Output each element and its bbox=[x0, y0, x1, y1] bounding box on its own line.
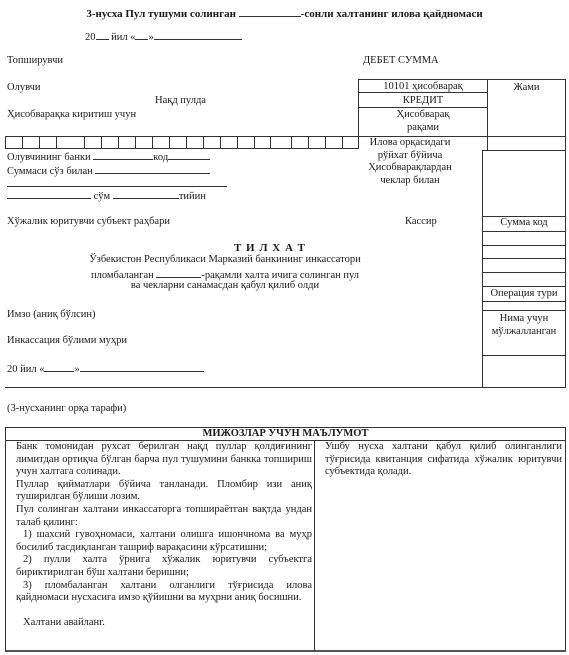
client-info-title: МИЖОЗЛАР УЧУН МАЪЛУМОТ bbox=[5, 427, 566, 440]
account-digit-cell[interactable] bbox=[325, 136, 343, 149]
purpose-line2: мўлжалланган bbox=[482, 325, 566, 338]
right-column-row-divider bbox=[482, 301, 566, 302]
signature-label: Имзо (аниқ бўлсин) bbox=[7, 309, 96, 320]
account-digit-cell[interactable] bbox=[308, 136, 326, 149]
client-info-paragraph: 1) шахсий гувоҳномаси, халтани олишга иш… bbox=[16, 529, 312, 554]
account-digit-cell[interactable] bbox=[237, 136, 255, 149]
client-info-paragraph bbox=[16, 605, 312, 618]
purpose-label: Нима учун мўлжалланган bbox=[482, 312, 566, 338]
account-digit-cell[interactable] bbox=[39, 136, 57, 149]
client-info-left-text: Банк томонидан рухсат берилган нақд пулл… bbox=[16, 441, 312, 630]
account-10101: 10101 ҳисобварақ bbox=[358, 80, 488, 93]
cash-label: Нақд пулда bbox=[155, 95, 206, 106]
client-info-right-text: Ушбу нусха халтани қабул қилиб олинганли… bbox=[325, 441, 562, 479]
date-year-prefix: 20 bbox=[85, 32, 96, 43]
tiyin-label: тийин bbox=[179, 191, 206, 202]
amount-words-label: Суммаси сўз билан bbox=[7, 166, 93, 177]
account-digit-cell[interactable] bbox=[220, 136, 238, 149]
receipt-date-row: 20 йил «» bbox=[7, 361, 204, 375]
purpose-line1: Нима учун bbox=[482, 312, 566, 325]
head-label: Хўжалик юритувчи субъект раҳбари bbox=[7, 216, 170, 227]
section-divider bbox=[5, 387, 566, 388]
account-digit-cell[interactable] bbox=[22, 136, 40, 149]
cashier-label: Кассир bbox=[405, 216, 437, 227]
amount-words-field[interactable] bbox=[95, 163, 210, 174]
list-by-appendix-label: Илова орқасидаги рўйхат бўйича Ҳисобвара… bbox=[345, 137, 475, 187]
title-prefix: 3-нусха Пул тушуми солинган bbox=[86, 8, 236, 20]
date-year-word: йил « bbox=[111, 32, 135, 43]
account-number-line2: рақами bbox=[358, 121, 488, 134]
receipt-line2: пломбаланган -рақамли халта ичига солинг… bbox=[40, 267, 410, 281]
recipient-label: Олувчи bbox=[7, 82, 41, 93]
date-day-blank[interactable] bbox=[135, 29, 148, 40]
account-digit-cell[interactable] bbox=[135, 136, 153, 149]
debit-sum-title: ДЕБЕТ СУММА bbox=[363, 55, 439, 66]
account-digit-cell[interactable] bbox=[118, 136, 136, 149]
account-digit-cell[interactable] bbox=[101, 136, 119, 149]
account-credit-label: Ҳисобварақка киритиш учун bbox=[7, 109, 136, 120]
account-digit-cell[interactable] bbox=[254, 136, 271, 149]
client-info-paragraph: 2) пулли халта ўрнига хўжалик юритувчи с… bbox=[16, 554, 312, 579]
account-number-line1: Ҳисобварақ bbox=[358, 108, 488, 121]
sealed-bag-number-field[interactable] bbox=[156, 267, 201, 278]
recipient-bank-field[interactable] bbox=[93, 149, 153, 160]
list-line1: Илова орқасидаги bbox=[345, 137, 475, 150]
client-info-paragraph: Банк томонидан рухсат берилган нақд пулл… bbox=[16, 441, 312, 479]
account-digit-cell[interactable] bbox=[291, 136, 309, 149]
client-info-paragraph: Халтани авайланг. bbox=[16, 617, 312, 630]
recipient-bank-row: Олувчининг банки код bbox=[7, 149, 210, 163]
code-field[interactable] bbox=[168, 149, 210, 160]
account-digit-cell[interactable] bbox=[152, 136, 170, 149]
account-digit-cell[interactable] bbox=[84, 136, 102, 149]
bag-number-blank[interactable] bbox=[239, 6, 301, 17]
sum-field[interactable] bbox=[7, 188, 91, 199]
recipient-bank-label: Олувчининг банки bbox=[7, 152, 91, 163]
receipt-day-field[interactable] bbox=[44, 361, 74, 372]
amount-words-line2[interactable] bbox=[7, 186, 227, 187]
date-month-blank[interactable] bbox=[154, 29, 242, 40]
account-digit-cell[interactable] bbox=[56, 136, 85, 149]
sum-code-label: Сумма код bbox=[482, 216, 566, 229]
stamp-label: Инкассация бўлими муҳри bbox=[7, 335, 127, 346]
tiyin-field[interactable] bbox=[113, 188, 179, 199]
code-label: код bbox=[153, 152, 168, 163]
account-digit-cell[interactable] bbox=[203, 136, 221, 149]
right-column-box bbox=[482, 150, 566, 388]
sum-label: сўм bbox=[94, 191, 111, 202]
client-info-paragraph: 3) пломбаланган халтани олганлиги тўғрис… bbox=[16, 580, 312, 605]
list-line4: чеклар билан bbox=[345, 175, 475, 188]
receipt-title: Т И Л Х А Т bbox=[200, 242, 340, 254]
right-column-row-divider bbox=[482, 272, 566, 273]
date-line: 20 йил «» bbox=[85, 29, 242, 43]
document-title: 3-нусха Пул тушуми солинган -сонли халта… bbox=[0, 6, 569, 20]
account-digit-cell[interactable] bbox=[169, 136, 187, 149]
right-column-row-divider bbox=[482, 231, 566, 232]
receipt-date-prefix: 20 йил « bbox=[7, 364, 44, 375]
total-label: Жами bbox=[487, 81, 566, 94]
account-digit-cell[interactable] bbox=[270, 136, 292, 149]
receipt-line3: ва чекларни санамасдан қабул қилиб олди bbox=[40, 280, 410, 291]
receipt-month-field[interactable] bbox=[80, 361, 204, 372]
operation-type-label: Операция тури bbox=[482, 287, 566, 300]
credit-label: КРЕДИТ bbox=[358, 94, 488, 107]
right-column-row-divider bbox=[482, 258, 566, 259]
title-suffix: -сонли халтанинг илова қайдномаси bbox=[301, 8, 483, 20]
receipt-line1: Ўзбекистон Республикаси Марказий банкини… bbox=[40, 254, 410, 265]
list-line2: рўйхат бўйича bbox=[345, 150, 475, 163]
account-number-label: Ҳисобварақ рақами bbox=[358, 108, 488, 134]
account-digit-cell[interactable] bbox=[5, 136, 23, 149]
right-column-row-divider bbox=[482, 245, 566, 246]
amount-words-row: Суммаси сўз билан bbox=[7, 163, 210, 177]
client-info-paragraph: Пуллар қийматлари бўйича танланади. Плом… bbox=[16, 479, 312, 504]
account-digit-cell[interactable] bbox=[186, 136, 204, 149]
sum-tiyin-row: сўм тийин bbox=[7, 188, 206, 202]
back-side-label: (3-нусханинг орқа тарафи) bbox=[7, 403, 126, 414]
list-line3: Ҳисобварақлардан bbox=[345, 162, 475, 175]
sender-label: Топширувчи bbox=[7, 55, 63, 66]
date-year-blank[interactable] bbox=[96, 29, 109, 40]
right-column-row-divider bbox=[482, 310, 566, 311]
right-column-row-divider bbox=[482, 355, 566, 356]
client-info-paragraph: Пул солинган халтани инкассаторга топшир… bbox=[16, 504, 312, 529]
